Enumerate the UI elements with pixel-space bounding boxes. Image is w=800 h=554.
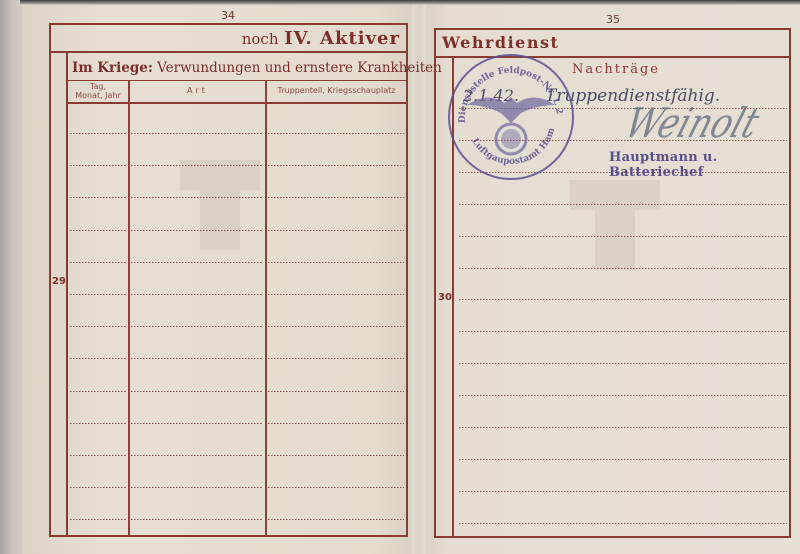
table-row-line: [268, 165, 404, 166]
column-header-date-line2: Monat, Jahr: [68, 91, 128, 100]
table-row-line: [131, 262, 263, 263]
table-row-line: [70, 133, 126, 134]
table-row-line: [268, 197, 404, 198]
table-row-line: [70, 519, 126, 520]
entry-line: [459, 363, 787, 364]
left-section-divider: [67, 80, 407, 81]
table-row-line: [70, 358, 126, 359]
table-row-line: [70, 391, 126, 392]
table-row-line: [268, 230, 404, 231]
section-heading-text: Verwundungen und ernstere Krankheiten: [157, 60, 442, 76]
rank-stamp: Hauptmann u. Batteriechef: [609, 150, 800, 180]
table-row-line: [268, 391, 404, 392]
table-row-line: [268, 262, 404, 263]
column-header-date: Tag, Monat, Jahr: [68, 82, 128, 100]
column-header-date-line1: Tag,: [68, 82, 128, 91]
section-heading-nachtraege: Nachträge: [572, 62, 660, 77]
entry-line: [459, 427, 787, 428]
entry-line: [459, 459, 787, 460]
table-row-line: [70, 165, 126, 166]
table-row-line: [70, 455, 126, 456]
table-row-line: [131, 487, 263, 488]
margin-number-left: 29: [52, 276, 66, 287]
left-header-divider: [67, 102, 407, 104]
margin-number-right: 30: [438, 292, 452, 303]
entry-line: [459, 523, 787, 524]
column-header-type: Art: [130, 86, 265, 95]
signature: Weinolt: [619, 100, 765, 148]
left-page-frame: [49, 23, 408, 537]
table-row-line: [131, 391, 263, 392]
title-prefix: noch: [242, 30, 279, 48]
table-row-line: [70, 326, 126, 327]
table-row-line: [131, 326, 263, 327]
left-title-band-divider: [49, 51, 408, 53]
entry-line: [459, 395, 787, 396]
table-row-line: [268, 455, 404, 456]
table-row-line: [70, 487, 126, 488]
page-number-right: 35: [606, 13, 620, 26]
left-margin-column-line: [66, 51, 68, 537]
section-heading: Im Kriege: Verwundungen und ernstere Kra…: [72, 60, 442, 76]
section-heading-bold: Im Kriege:: [72, 60, 153, 76]
table-row-line: [268, 326, 404, 327]
top-edge-shadow: [20, 0, 800, 5]
table-row-line: [70, 294, 126, 295]
table-row-line: [70, 423, 126, 424]
watermark-eagle-icon: [560, 170, 670, 280]
table-row-line: [131, 519, 263, 520]
table-row-line: [131, 294, 263, 295]
table-row-line: [268, 358, 404, 359]
book-gutter: [412, 4, 426, 554]
column-header-unit: Truppenteil, Kriegsschauplatz: [267, 86, 406, 95]
table-row-line: [268, 133, 404, 134]
table-row-line: [70, 230, 126, 231]
page-number-left: 34: [221, 9, 235, 22]
entry-line: [459, 299, 787, 300]
table-row-line: [131, 358, 263, 359]
column-divider-2: [265, 80, 267, 536]
official-stamp: Dienststelle Feldpost-Nr. L 25 ... Luftg…: [447, 53, 575, 181]
table-row-line: [268, 294, 404, 295]
table-row-line: [268, 423, 404, 424]
title-text: IV. Aktiver: [284, 28, 400, 49]
table-row-line: [131, 455, 263, 456]
table-row-line: [131, 133, 263, 134]
column-divider-1: [128, 80, 130, 536]
table-row-line: [70, 262, 126, 263]
right-page-title: Wehrdienst: [442, 33, 559, 52]
entry-line: [459, 491, 787, 492]
table-row-line: [268, 519, 404, 520]
watermark-eagle-icon: [170, 150, 270, 260]
table-row-line: [131, 423, 263, 424]
table-row-line: [70, 197, 126, 198]
table-row-line: [268, 487, 404, 488]
entry-line: [459, 331, 787, 332]
left-page-title: noch IV. Aktiver: [50, 28, 400, 49]
